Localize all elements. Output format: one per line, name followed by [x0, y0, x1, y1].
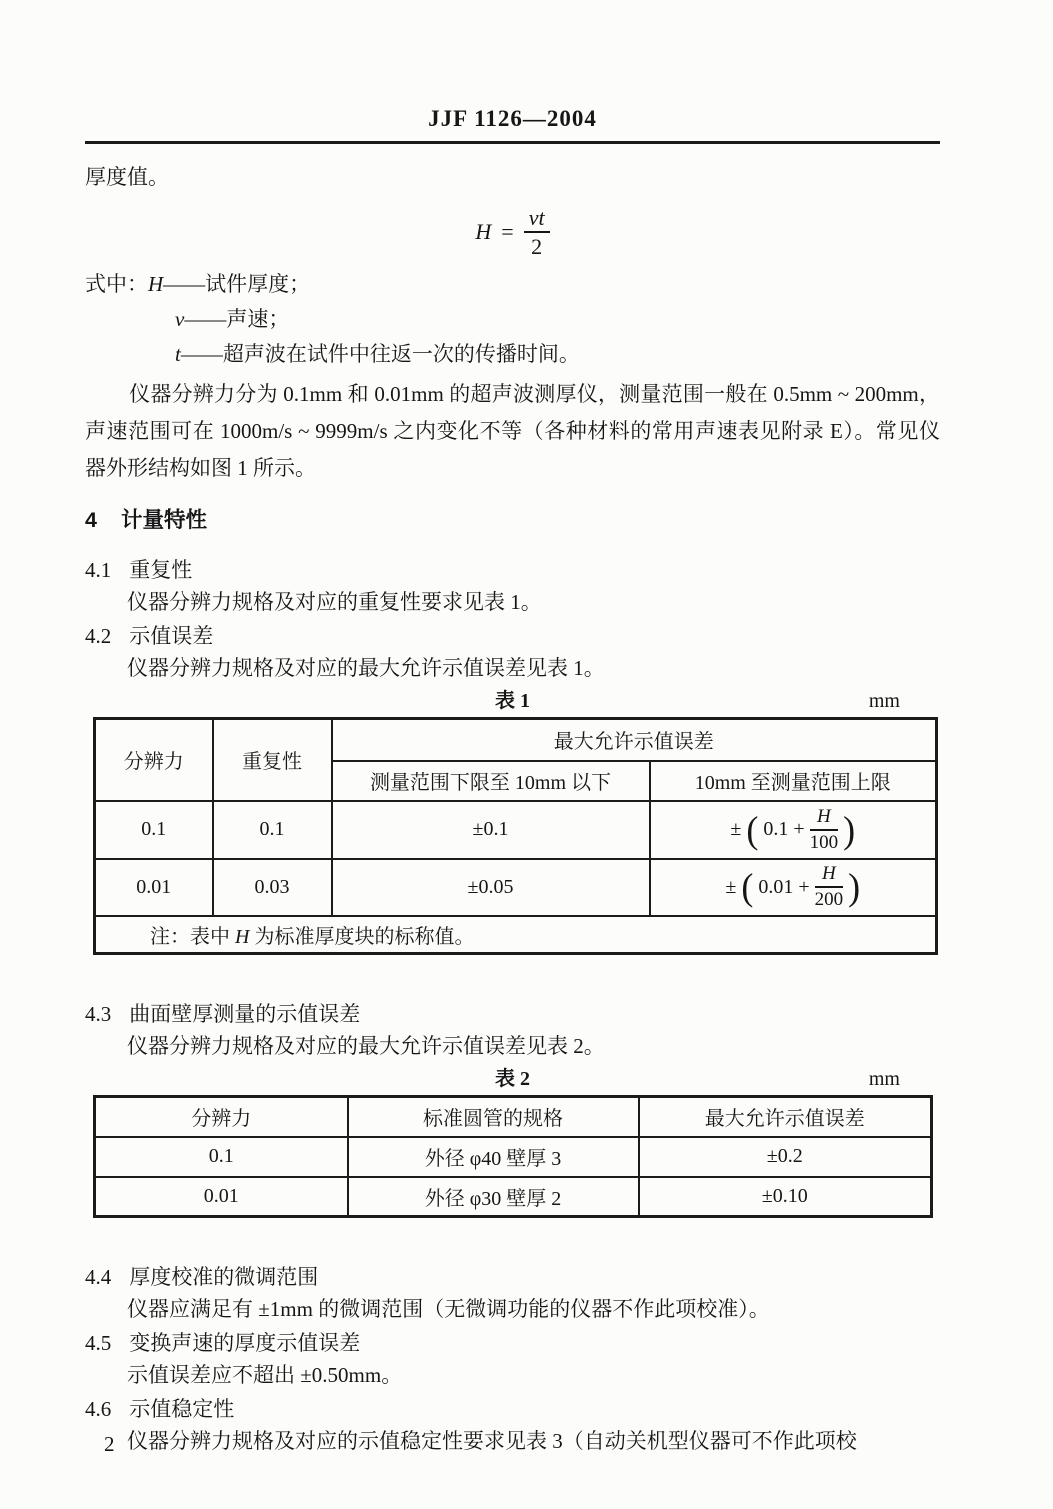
subsection-number: 4.2	[85, 621, 111, 651]
table-1-header-range-high: 10mm 至测量范围上限	[650, 761, 937, 801]
fraction-denominator: 200	[815, 888, 844, 911]
table-row: 0.1 外径 φ40 壁厚 3 ±0.2	[95, 1137, 932, 1177]
close-paren: )	[848, 868, 860, 906]
table-row: 0.01 外径 φ30 壁厚 2 ±0.10	[95, 1177, 932, 1217]
page-number: 2	[104, 1432, 115, 1457]
table-1-caption: 表 1 mm	[85, 687, 940, 715]
desc-t: 超声波在试件中往返一次的传播时间。	[223, 342, 580, 366]
fraction-denominator: 100	[810, 831, 839, 854]
plus-minus: ±	[725, 876, 736, 899]
subsection-number: 4.1	[85, 555, 111, 585]
subsection-4-6-body: 仪器分辨力规格及对应的示值稳定性要求见表 3（自动关机型仪器可不作此项校	[127, 1426, 940, 1456]
subsection-4-5-heading: 4.5变换声速的厚度示值误差	[85, 1328, 940, 1358]
dash: ——	[184, 307, 226, 331]
where-definition-t: t——超声波在试件中往返一次的传播时间。	[175, 339, 940, 370]
formula-equals: =	[501, 219, 513, 245]
where-definition-v: v——声速；	[175, 304, 940, 335]
subsection-4-3-body: 仪器分辨力规格及对应的最大允许示值误差见表 2。	[127, 1031, 940, 1061]
subsection-number: 4.3	[85, 999, 111, 1029]
subsection-4-4-heading: 4.4厚度校准的微调范围	[85, 1262, 940, 1292]
subsection-number: 4.6	[85, 1394, 111, 1424]
plus-minus: ±	[730, 818, 741, 841]
intro-lead: 厚度值。	[85, 162, 940, 193]
subsection-4-1-body: 仪器分辨力规格及对应的重复性要求见表 1。	[127, 587, 940, 617]
addend: 0.01 +	[758, 876, 809, 899]
symbol-H: H	[148, 272, 163, 296]
subsection-title: 变换声速的厚度示值误差	[129, 1331, 360, 1355]
table-1: 分辨力 重复性 最大允许示值误差 测量范围下限至 10mm 以下 10mm 至测…	[93, 717, 938, 955]
cell-mpe-high: ± ( 0.01 + H 200 )	[650, 859, 937, 916]
fraction: H 200	[815, 863, 844, 911]
section-title: 计量特性	[121, 508, 207, 532]
addend: 0.1 +	[763, 818, 804, 841]
table-1-header-range-low: 测量范围下限至 10mm 以下	[332, 761, 650, 801]
table-2-header-resolution: 分辨力	[95, 1097, 348, 1137]
section-number: 4	[85, 505, 97, 535]
open-paren: (	[741, 868, 753, 906]
table-1-label: 表 1	[495, 690, 530, 712]
subsection-4-1-heading: 4.1重复性	[85, 555, 940, 585]
table-1-header-row-1: 分辨力 重复性 最大允许示值误差	[95, 719, 937, 761]
symbol-v: v	[175, 307, 184, 331]
subsection-title: 曲面壁厚测量的示值误差	[129, 1002, 360, 1026]
table-1-header-resolution: 分辨力	[95, 719, 213, 801]
subsection-number: 4.4	[85, 1262, 111, 1292]
formula-thickness: H = vt 2	[85, 203, 940, 261]
page-content: JJF 1126—2004 厚度值。 H = vt 2 式中：H——试件厚度； …	[0, 0, 1053, 1456]
subsection-4-2-heading: 4.2示值误差	[85, 621, 940, 651]
dash: ——	[181, 342, 223, 366]
table-1-note: 注：表中 H 为标准厚度块的标称值。	[95, 916, 937, 954]
mpe-formula: ± ( 0.01 + H 200 )	[725, 863, 860, 911]
cell-mpe-low: ±0.1	[332, 801, 650, 859]
subsection-4-6-heading: 4.6示值稳定性	[85, 1394, 940, 1424]
table-2-caption: 表 2 mm	[85, 1065, 940, 1093]
subsection-4-4-body: 仪器应满足有 ±1mm 的微调范围（无微调功能的仪器不作此项校准）。	[127, 1294, 940, 1324]
subsection-title: 示值稳定性	[129, 1397, 234, 1421]
cell-resolution: 0.1	[95, 801, 213, 859]
table-2: 分辨力 标准圆管的规格 最大允许示值误差 0.1 外径 φ40 壁厚 3 ±0.…	[93, 1095, 933, 1218]
table-1-header-repeatability: 重复性	[213, 719, 332, 801]
table-1-unit: mm	[869, 687, 900, 715]
cell-mpe-high: ± ( 0.1 + H 100 )	[650, 801, 937, 859]
table-2-label: 表 2	[495, 1068, 530, 1090]
cell-resolution: 0.01	[95, 1177, 348, 1217]
section-4-heading: 4计量特性	[85, 505, 940, 535]
header-rule	[85, 141, 940, 144]
subsection-4-3-heading: 4.3曲面壁厚测量的示值误差	[85, 999, 940, 1029]
note-prefix: 注：表中	[150, 926, 235, 948]
formula-denominator: 2	[524, 233, 550, 259]
intro-paragraph: 仪器分辨力分为 0.1mm 和 0.01mm 的超声波测厚仪，测量范围一般在 0…	[85, 376, 940, 487]
formula-fraction: vt 2	[524, 205, 550, 260]
mpe-formula: ± ( 0.1 + H 100 )	[730, 806, 855, 854]
dash: ——	[163, 272, 205, 296]
cell-repeatability: 0.1	[213, 801, 332, 859]
table-2-header-row: 分辨力 标准圆管的规格 最大允许示值误差	[95, 1097, 932, 1137]
desc-H: 试件厚度；	[205, 272, 310, 296]
table-row: 0.01 0.03 ±0.05 ± ( 0.01 + H 200 )	[95, 859, 937, 916]
subsection-title: 重复性	[129, 558, 192, 582]
close-paren: )	[843, 811, 855, 849]
note-suffix: 为标准厚度块的标称值。	[249, 926, 474, 948]
cell-repeatability: 0.03	[213, 859, 332, 916]
subsection-4-5-body: 示值误差应不超出 ±0.50mm。	[127, 1360, 940, 1390]
table-2-unit: mm	[869, 1065, 900, 1093]
note-symbol: H	[235, 926, 249, 948]
open-paren: (	[746, 811, 758, 849]
table-1-note-row: 注：表中 H 为标准厚度块的标称值。	[95, 916, 937, 954]
table-2-header-spec: 标准圆管的规格	[348, 1097, 639, 1137]
cell-spec: 外径 φ40 壁厚 3	[348, 1137, 639, 1177]
cell-resolution: 0.01	[95, 859, 213, 916]
table-row: 0.1 0.1 ±0.1 ± ( 0.1 + H 100 )	[95, 801, 937, 859]
doc-number: JJF 1126—2004	[85, 106, 940, 132]
fraction-numerator: H	[810, 806, 839, 831]
formula-lhs: H	[475, 219, 491, 245]
subsection-number: 4.5	[85, 1328, 111, 1358]
where-label: 式中：	[85, 272, 148, 296]
fraction: H 100	[810, 806, 839, 854]
document-page: JJF 1126—2004 厚度值。 H = vt 2 式中：H——试件厚度； …	[0, 0, 1053, 1509]
subsection-title: 示值误差	[129, 624, 213, 648]
cell-mpe: ±0.10	[639, 1177, 932, 1217]
table-1-header-mpe: 最大允许示值误差	[332, 719, 937, 761]
table-2-header-mpe: 最大允许示值误差	[639, 1097, 932, 1137]
where-definition-H: 式中：H——试件厚度；	[85, 269, 940, 300]
formula-numerator: vt	[524, 205, 550, 233]
cell-mpe-low: ±0.05	[332, 859, 650, 916]
subsection-title: 厚度校准的微调范围	[129, 1265, 318, 1289]
cell-resolution: 0.1	[95, 1137, 348, 1177]
desc-v: 声速；	[226, 307, 289, 331]
fraction-numerator: H	[815, 863, 844, 888]
cell-spec: 外径 φ30 壁厚 2	[348, 1177, 639, 1217]
subsection-4-2-body: 仪器分辨力规格及对应的最大允许示值误差见表 1。	[127, 653, 940, 683]
cell-mpe: ±0.2	[639, 1137, 932, 1177]
